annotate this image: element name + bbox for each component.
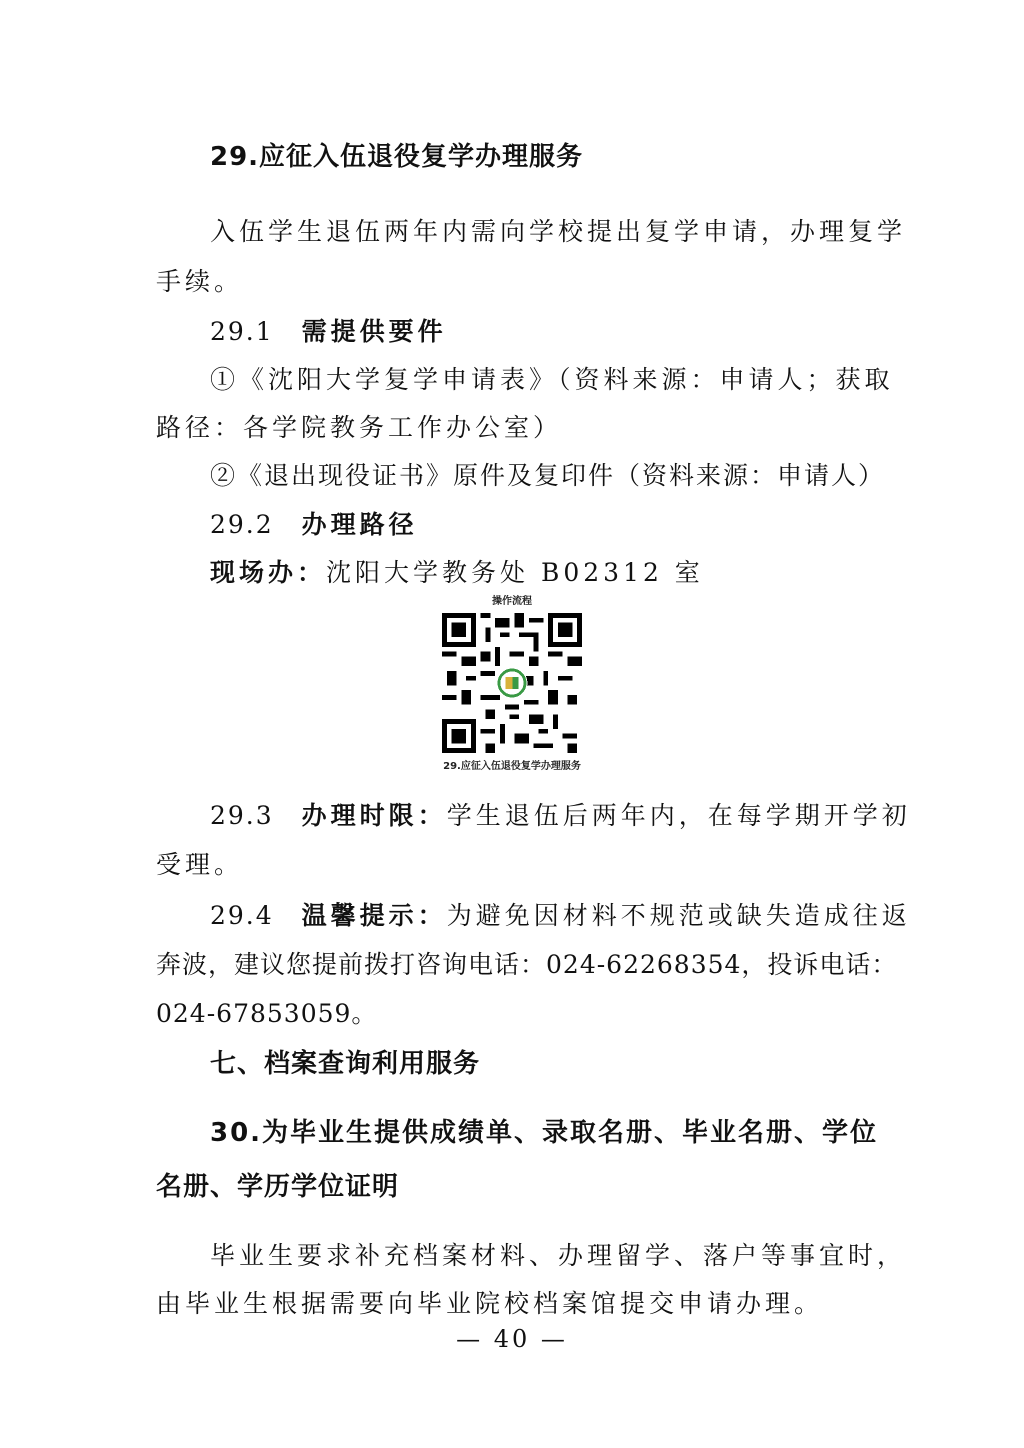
subsection-number: 29.4	[210, 901, 274, 930]
subsection-number: 29.1	[210, 317, 274, 346]
section-30-title-line1: 30.为毕业生提供成绩单、录取名册、毕业名册、学位	[210, 1112, 878, 1149]
qr-block: 操作流程	[432, 592, 592, 772]
section-29-intro-line2: 手续。	[156, 262, 243, 298]
subsection-29-1: 29.1需提供要件	[210, 312, 447, 348]
subsection-29-4-line3: 024-67853059。	[156, 994, 377, 1030]
subsection-29-4: 29.4温馨提示：为避免因材料不规范或缺失造成往返	[210, 896, 911, 932]
subsection-number: 29.3	[210, 801, 274, 830]
subsection-29-2: 29.2办理路径	[210, 505, 418, 541]
qr-title: 操作流程	[432, 592, 592, 607]
chapter-7-title: 七、档案查询利用服务	[210, 1043, 480, 1080]
section-30-text-line2: 由毕业生根据需要向毕业院校档案馆提交申请办理。	[156, 1284, 823, 1320]
subsection-29-3: 29.3办理时限：学生退伍后两年内，在每学期开学初	[210, 796, 911, 832]
subsection-label: 办理路径	[302, 510, 418, 539]
section-29-intro-line1: 入伍学生退伍两年内需向学校提出复学申请，办理复学	[210, 212, 906, 248]
subsection-number: 29.2	[210, 510, 274, 539]
subsection-label: 办理时限：	[302, 801, 447, 830]
subsection-text: 为避免因材料不规范或缺失造成往返	[447, 901, 911, 930]
subsection-29-3-line2: 受理。	[156, 845, 243, 881]
onsite-label: 现场办：	[210, 558, 326, 587]
requirement-item-1-line2: 路径：各学院教务工作办公室）	[156, 408, 562, 444]
subsection-29-4-line2: 奔波，建议您提前拨打咨询电话：024-62268354，投诉电话：	[156, 945, 897, 981]
requirement-item-1-line1: ①《沈阳大学复学申请表》（资料来源：申请人；获取	[210, 360, 894, 396]
qr-code-icon[interactable]	[442, 613, 582, 753]
subsection-label: 温馨提示：	[302, 901, 447, 930]
qr-caption: 29.应征入伍退役复学办理服务	[432, 757, 592, 772]
section-30-text-line1: 毕业生要求补充档案材料、办理留学、落户等事宜时，	[210, 1236, 906, 1272]
page-number: — 40 —	[0, 1325, 1024, 1353]
subsection-text: 学生退伍后两年内，在每学期开学初	[447, 801, 911, 830]
subsection-label: 需提供要件	[302, 317, 447, 346]
section-30-title-line2: 名册、学历学位证明	[156, 1166, 399, 1203]
requirement-item-2: ②《退出现役证书》原件及复印件（资料来源：申请人）	[210, 456, 885, 492]
onsite-location: 现场办：沈阳大学教务处 B02312 室	[210, 553, 704, 589]
section-29-title: 29.应征入伍退役复学办理服务	[210, 136, 583, 173]
onsite-value: 沈阳大学教务处 B02312 室	[326, 558, 704, 587]
